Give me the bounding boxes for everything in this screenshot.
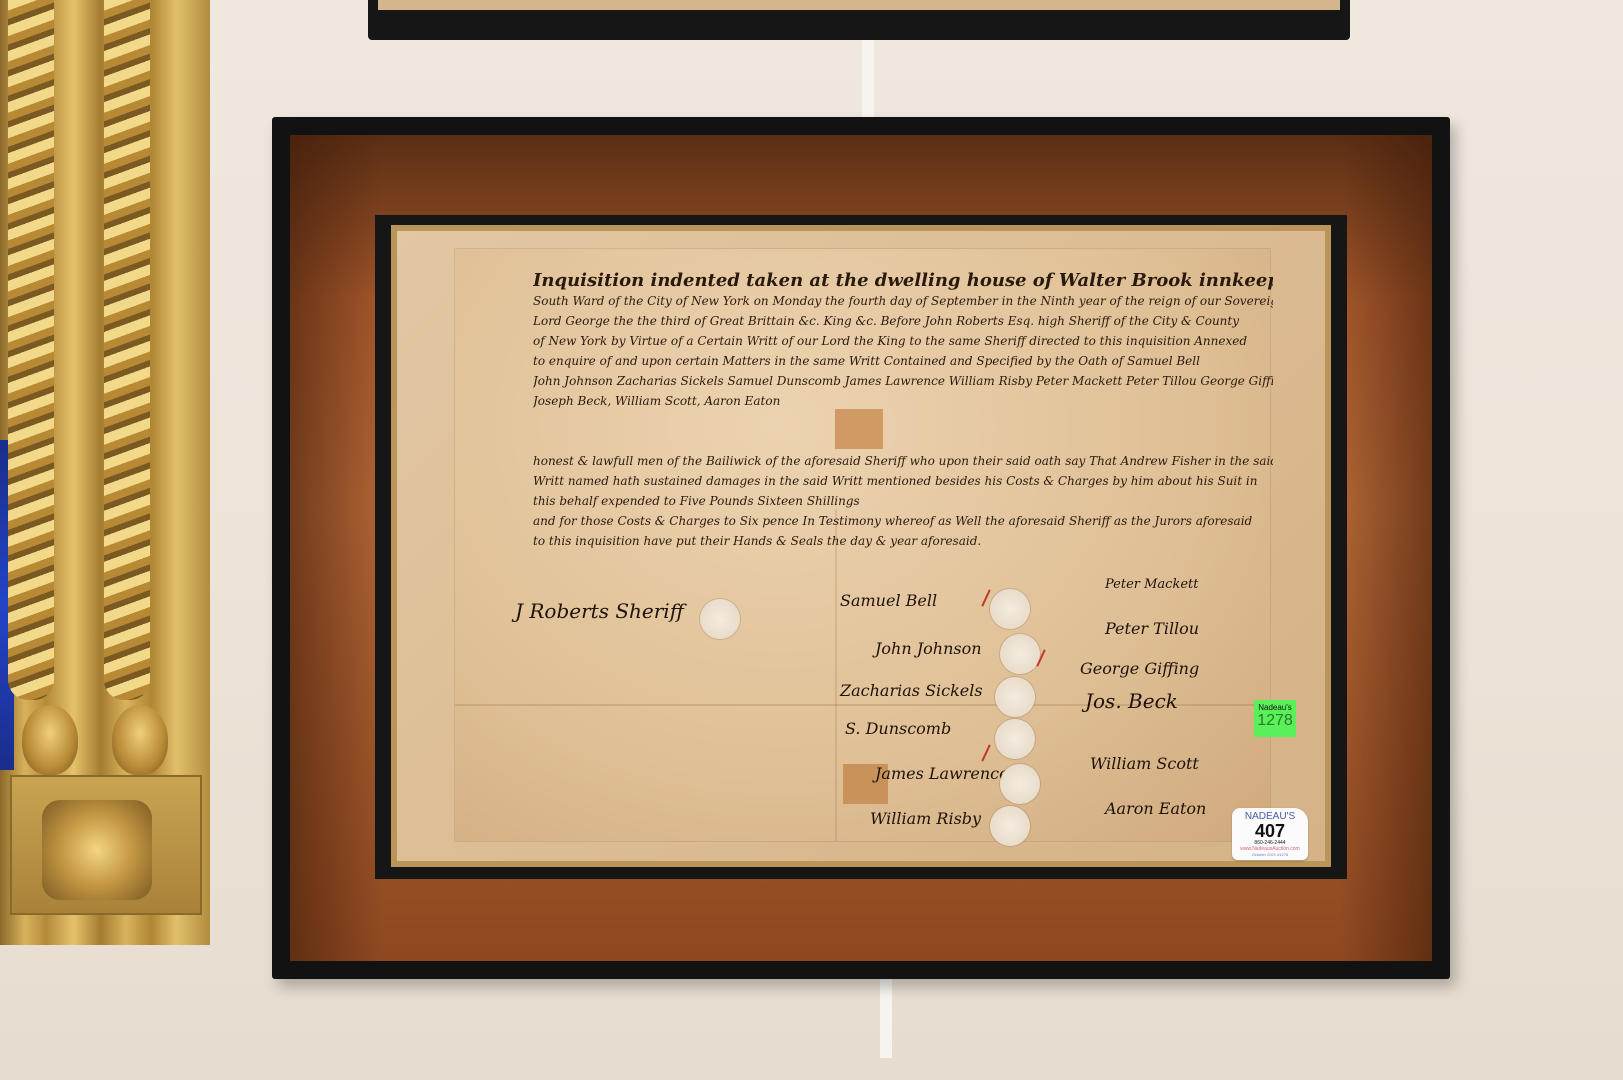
signature: William Scott: [1090, 754, 1199, 773]
document-line: honest & lawfull men of the Bailiwick of…: [533, 451, 1273, 471]
signature: John Johnson: [875, 639, 982, 658]
sticker-brand: Nadeau's: [1254, 703, 1296, 712]
document-line: to enquire of and upon certain Matters i…: [533, 351, 1273, 371]
hanging-strap-lower: [880, 978, 892, 1058]
signature: Aaron Eaton: [1105, 799, 1206, 818]
wax-seal: [990, 589, 1030, 629]
tag-lot-number: 407: [1232, 822, 1308, 840]
black-liner: Inquisition indented taken at the dwelli…: [375, 215, 1347, 879]
wax-seal: [995, 719, 1035, 759]
sheriff-signature: J Roberts Sheriff: [515, 599, 684, 623]
document-line: Joseph Beck, William Scott, Aaron Eaton: [533, 391, 1273, 411]
signature: James Lawrence: [875, 764, 1009, 783]
hanging-strap: [862, 40, 874, 120]
document-line: and for those Costs & Charges to Six pen…: [533, 511, 1273, 531]
wax-seal: [700, 599, 740, 639]
red-ink-mark: [981, 744, 990, 761]
signature: Peter Tillou: [1105, 619, 1199, 638]
signature: William Risby: [870, 809, 981, 828]
signature: Jos. Beck: [1085, 689, 1178, 713]
acanthus-leaf-left: [22, 705, 78, 775]
document-line: this behalf expended to Five Pounds Sixt…: [533, 491, 1273, 511]
auction-lot-tag: NADEAU'S 407 860-246-2444 www.NadeausAuc…: [1232, 808, 1308, 860]
rope-column-left: [8, 0, 54, 700]
upper-frame-edge: [368, 0, 1350, 40]
wax-seal: [1000, 764, 1040, 804]
document-line: Lord George the the third of Great Britt…: [533, 311, 1273, 331]
wax-seal: [1000, 634, 1040, 674]
wax-seal: [990, 806, 1030, 846]
inventory-sticker: Nadeau's 1278: [1254, 700, 1296, 737]
inquisition-document: Inquisition indented taken at the dwelli…: [455, 249, 1270, 841]
tag-date: October 2021 #1278: [1232, 852, 1308, 857]
signature: Samuel Bell: [840, 591, 937, 610]
signature: S. Dunscomb: [845, 719, 951, 738]
signature: George Giffing: [1080, 659, 1199, 678]
signature: Zacharias Sickels: [840, 681, 983, 700]
document-line: Inquisition indented taken at the dwelli…: [533, 271, 1273, 291]
rope-column-right: [104, 0, 150, 700]
sticker-number: 1278: [1254, 712, 1296, 730]
document-line: Writt named hath sustained damages in th…: [533, 471, 1273, 491]
mat-board: Inquisition indented taken at the dwelli…: [397, 231, 1325, 861]
gold-fillet: Inquisition indented taken at the dwelli…: [391, 225, 1331, 867]
gilt-mirror-frame: [0, 0, 210, 945]
signature: Peter Mackett: [1105, 577, 1198, 592]
wax-seal: [995, 677, 1035, 717]
document-line: John Johnson Zacharias Sickels Samuel Du…: [533, 371, 1273, 391]
document-line: South Ward of the City of New York on Mo…: [533, 291, 1273, 311]
fold-line-vertical: [835, 509, 837, 841]
document-line: to this inquisition have put their Hands…: [533, 531, 1273, 551]
acanthus-leaf-right: [112, 705, 168, 775]
document-body: Inquisition indented taken at the dwelli…: [533, 271, 1273, 551]
upper-frame-content: [378, 0, 1340, 10]
rosette-ornament: [42, 800, 152, 900]
document-line: of New York by Virtue of a Certain Writt…: [533, 331, 1273, 351]
red-ink-mark: [981, 589, 990, 606]
